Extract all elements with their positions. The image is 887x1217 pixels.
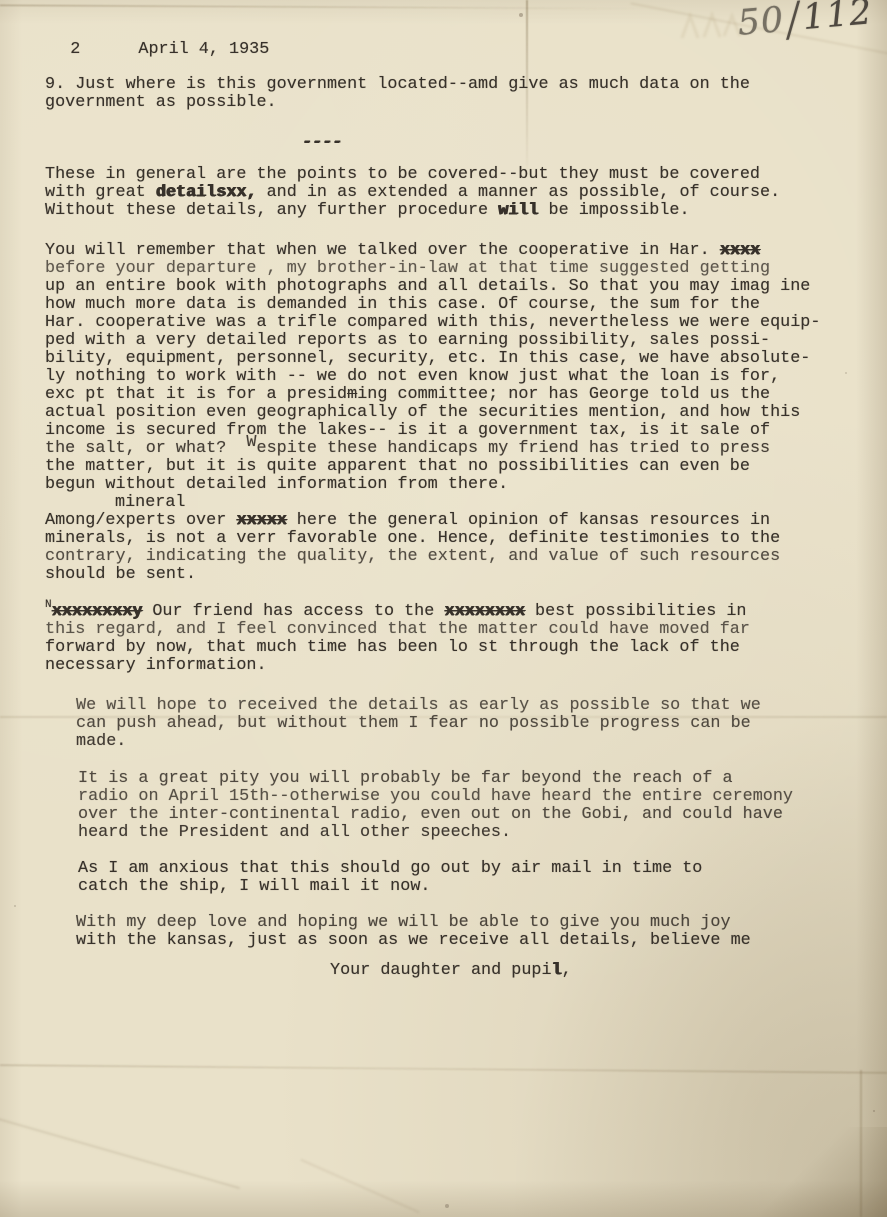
typed-text: this regard, and I feel convinced that t… [45, 620, 750, 639]
typed-text: Among/experts over [45, 511, 236, 530]
text-line: Without these details, any further proce… [45, 202, 887, 220]
typed-text: will [498, 201, 538, 220]
deep-love: With my deep love and hoping we will be … [76, 914, 887, 950]
typed-text: should be sent. [45, 565, 196, 584]
text-line: should be sent. [45, 566, 887, 584]
typed-text: exc pt that it is for a presid [45, 385, 347, 404]
typed-text: radio on April 15th--otherwise you could… [78, 787, 793, 806]
typed-text: the matter, but it is quite apparent tha… [45, 457, 750, 476]
text-line: this regard, and I feel convinced that t… [45, 621, 887, 639]
text-line: with the kansas, just as soon as we rece… [76, 932, 887, 950]
text-line: mineral [115, 494, 887, 512]
typed-text: As I am anxious that this should go out … [78, 859, 702, 878]
covered-points: These in general are the points to be co… [45, 166, 887, 220]
typed-text: mineral [115, 493, 186, 512]
item-9: 9. Just where is this government located… [45, 76, 887, 112]
text-line: We will hope to received the details as … [76, 697, 887, 715]
typed-text: how much more data is demanded in this c… [45, 295, 760, 314]
page-header: 2April 4, 1935 [30, 20, 269, 40]
text-line: heard the President and all other speech… [78, 824, 887, 842]
text-line: It is a great pity you will probably be … [78, 770, 887, 788]
typed-text: , [562, 961, 572, 980]
typed-text: Your daughter and pupi [330, 961, 552, 980]
text-line: As I am anxious that this should go out … [78, 860, 887, 878]
text-line: You will remember that when we talked ov… [45, 242, 887, 260]
typed-text: Har. cooperative was a trifle compared w… [45, 313, 820, 332]
separator-dashes: ---- [302, 134, 887, 152]
typed-text: government as possible. [45, 93, 277, 112]
typed-text: best possibilities in [525, 602, 747, 621]
text-line: ped with a very detailed reports as to e… [45, 332, 887, 350]
text-line: made. [76, 733, 887, 751]
radio-ceremony: It is a great pity you will probably be … [78, 770, 887, 842]
typed-text: can push ahead, but without them I fear … [76, 714, 751, 733]
typed-text: ly nothing to work with -- we do not eve… [45, 367, 780, 386]
text-line: government as possible. [45, 94, 887, 112]
typed-text: here the general opinion of kansas resou… [287, 511, 770, 530]
typed-text: It is a great pity you will probably be … [78, 769, 733, 788]
text-line: before your departure , my brother-in-la… [45, 260, 887, 278]
typed-text: l [552, 961, 562, 980]
text-line: radio on April 15th--otherwise you could… [78, 788, 887, 806]
text-line: can push ahead, but without them I fear … [76, 715, 887, 733]
typed-text: before your departure , my brother-in-la… [45, 259, 770, 278]
typed-text: minerals, is not a verr favorable one. H… [45, 529, 780, 548]
text-line: forward by now, that much time has been … [45, 639, 887, 657]
text-line: the salt, or what? Wespite these handica… [45, 440, 887, 458]
typed-text: actual position even geographically of t… [45, 403, 800, 422]
top-edge-crease [0, 4, 645, 9]
typed-text: ing committee; nor has George told us th… [357, 385, 770, 404]
typed-text: ped with a very detailed reports as to e… [45, 331, 770, 350]
text-line: With my deep love and hoping we will be … [76, 914, 887, 932]
typed-text: over the inter-continental radio, even o… [78, 805, 783, 824]
typed-text: You will remember that when we talked ov… [45, 241, 720, 260]
text-line: contrary, indicating the quality, the ex… [45, 548, 887, 566]
struck-out-text: xxxxxxxx [444, 602, 525, 621]
text-line: Your daughter and pupil, [330, 962, 887, 980]
typed-text: the salt, or what? [45, 439, 246, 458]
typed-text: income is secured from the lakes-- is it… [45, 421, 770, 440]
our-friend-access: Nxxxxxxxxy Our friend has access to the … [45, 603, 887, 675]
experts-opinion: Among/experts over xxxxx here the genera… [45, 512, 887, 584]
typed-text: and in as extended a manner as possible,… [257, 183, 781, 202]
hope-for-details: We will hope to received the details as … [76, 697, 887, 751]
typed-text: With my deep love and hoping we will be … [76, 913, 731, 932]
struck-out-text: xxxxx [236, 511, 286, 530]
typed-text: Our friend has access to the [142, 602, 444, 621]
typed-text: contrary, indicating the quality, the ex… [45, 547, 780, 566]
text-line: bility, equipment, personnel, security, … [45, 350, 887, 368]
right-edge-crease [860, 1070, 862, 1217]
text-line: minerals, is not a verr favorable one. H… [45, 530, 887, 548]
text-line: begun without detailed information from … [45, 476, 887, 494]
text-line: exc pt that it is for a presidming commi… [45, 386, 887, 404]
typed-text: 9. Just where is this government located… [45, 75, 750, 94]
text-line: ly nothing to work with -- we do not eve… [45, 368, 887, 386]
closing-signature: Your daughter and pupil, [330, 962, 887, 980]
text-line: Among/experts over xxxxx here the genera… [45, 512, 887, 530]
text-line: necessary information. [45, 657, 887, 675]
air-mail: As I am anxious that this should go out … [78, 860, 887, 896]
bottom-left-diagonal-crease [0, 1113, 240, 1189]
typed-text: ---- [302, 133, 342, 152]
letter-body: 9. Just where is this government located… [0, 40, 887, 980]
cooperative-history: You will remember that when we talked ov… [45, 242, 887, 494]
text-line: 9. Just where is this government located… [45, 76, 887, 94]
mineral-insert: mineral [115, 494, 887, 512]
horizontal-fold-crease-low [0, 1064, 887, 1074]
text-line: catch the ship, I will mail it now. [78, 878, 887, 896]
bottom-center-diagonal-crease [300, 1159, 420, 1214]
bottom-right-corner-fold [757, 1127, 887, 1217]
text-line: actual position even geographically of t… [45, 404, 887, 422]
paper-specks [0, 0, 2, 2]
typed-text: W [246, 433, 256, 452]
typed-text: catch the ship, I will mail it now. [78, 877, 430, 896]
handwritten-annotation: 50/112 [736, 0, 874, 44]
typed-text: Without these details, any further proce… [45, 201, 498, 220]
scanned-letter-page: 2April 4, 1935 50/112 9. Just where is t… [0, 0, 887, 1217]
typed-text: We will hope to received the details as … [76, 696, 761, 715]
typed-text: forward by now, that much time has been … [45, 638, 740, 657]
typed-text: m [347, 385, 357, 404]
text-line: These in general are the points to be co… [45, 166, 887, 184]
typed-text: with great [45, 183, 156, 202]
typed-text: begun without detailed information from … [45, 475, 508, 494]
typed-text: necessary information. [45, 656, 267, 675]
typed-text: detailsxx, [156, 183, 257, 202]
text-line: income is secured from the lakes-- is it… [45, 422, 887, 440]
typed-text: These in general are the points to be co… [45, 165, 760, 184]
text-line: over the inter-continental radio, even o… [78, 806, 887, 824]
text-line: the matter, but it is quite apparent tha… [45, 458, 887, 476]
annotation-denominator: 112 [801, 0, 874, 38]
typed-text: up an entire book with photographs and a… [45, 277, 810, 296]
text-line: Nxxxxxxxxy Our friend has access to the … [45, 603, 887, 621]
typed-text: N [45, 599, 52, 611]
text-line: Har. cooperative was a trifle compared w… [45, 314, 887, 332]
struck-out-text: xxxx [720, 241, 760, 260]
typed-text: heard the President and all other speech… [78, 823, 511, 842]
typed-text: made. [76, 732, 126, 751]
text-line: up an entire book with photographs and a… [45, 278, 887, 296]
typed-text: be impossible. [538, 201, 689, 220]
annotation-numerator: 50 [736, 0, 786, 44]
typed-text: espite these handicaps my friend has tri… [257, 439, 771, 458]
typed-text: with the kansas, just as soon as we rece… [76, 931, 751, 950]
text-line: with great detailsxx, and in as extended… [45, 184, 887, 202]
text-line: ---- [302, 134, 887, 152]
struck-out-text: xxxxxxxxy [52, 602, 143, 621]
text-line: how much more data is demanded in this c… [45, 296, 887, 314]
typed-text: bility, equipment, personnel, security, … [45, 349, 810, 368]
